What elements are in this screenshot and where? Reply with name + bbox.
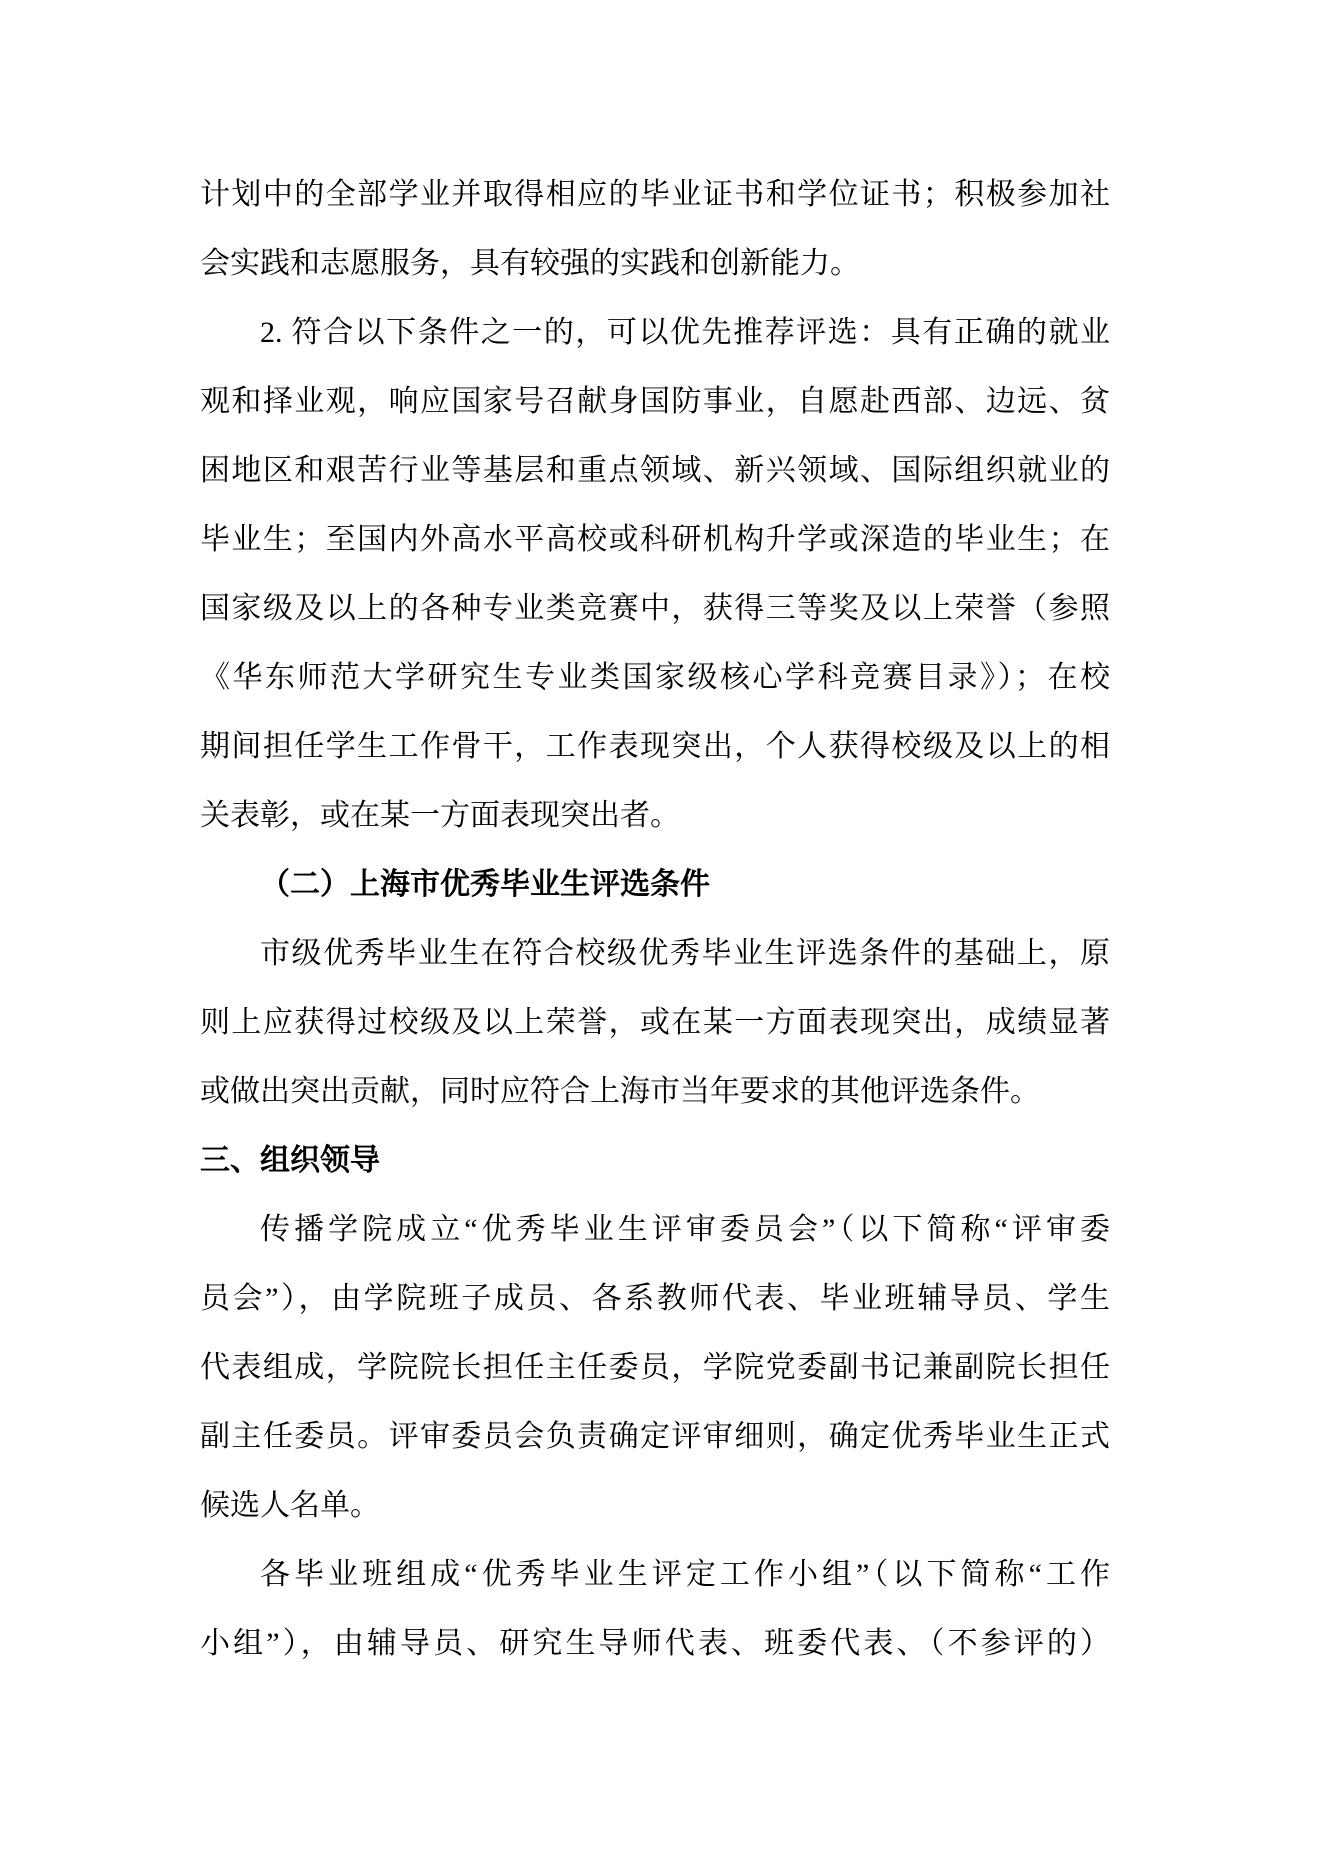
- text-line: 会实践和志愿服务，具有较强的实践和创新能力。: [200, 229, 1110, 298]
- section-heading: （二）上海市优秀毕业生评选条件: [200, 850, 1110, 919]
- text-line: 期间担任学生工作骨干，工作表现突出，个人获得校级及以上的相: [200, 712, 1110, 781]
- text-line: 困地区和艰苦行业等基层和重点领域、新兴领域、国际组织就业的: [200, 436, 1110, 505]
- text-line: 传播学院成立“优秀毕业生评审委员会”（以下简称“评审委: [200, 1195, 1110, 1264]
- text-line: 市级优秀毕业生在符合校级优秀毕业生评选条件的基础上，原: [200, 919, 1110, 988]
- text-line: 代表组成，学院院长担任主任委员，学院党委副书记兼副院长担任: [200, 1333, 1110, 1402]
- section-heading: 三、组织领导: [200, 1126, 1110, 1195]
- text-line: 副主任委员。评审委员会负责确定评审细则，确定优秀毕业生正式: [200, 1402, 1110, 1471]
- text-line: 候选人名单。: [200, 1471, 1110, 1540]
- text-line: 计划中的全部学业并取得相应的毕业证书和学位证书；积极参加社: [200, 160, 1110, 229]
- text-line: 或做出突出贡献，同时应符合上海市当年要求的其他评选条件。: [200, 1057, 1110, 1126]
- text-line: 关表彰，或在某一方面表现突出者。: [200, 781, 1110, 850]
- text-line: 毕业生；至国内外高水平高校或科研机构升学或深造的毕业生；在: [200, 505, 1110, 574]
- text-line: 小组”），由辅导员、研究生导师代表、班委代表、（不参评的）: [200, 1609, 1110, 1678]
- document-text-block: 计划中的全部学业并取得相应的毕业证书和学位证书；积极参加社会实践和志愿服务，具有…: [200, 160, 1110, 1678]
- text-line: 则上应获得过校级及以上荣誉，或在某一方面表现突出，成绩显著: [200, 988, 1110, 1057]
- document-page: 计划中的全部学业并取得相应的毕业证书和学位证书；积极参加社会实践和志愿服务，具有…: [0, 0, 1323, 1871]
- text-line: 《华东师范大学研究生专业类国家级核心学科竞赛目录》）；在校: [200, 643, 1110, 712]
- text-line: 各毕业班组成“优秀毕业生评定工作小组”（以下简称“工作: [200, 1540, 1110, 1609]
- text-line: 国家级及以上的各种专业类竞赛中，获得三等奖及以上荣誉（参照: [200, 574, 1110, 643]
- text-line: 观和择业观，响应国家号召献身国防事业，自愿赴西部、边远、贫: [200, 367, 1110, 436]
- text-line: 员会”），由学院班子成员、各系教师代表、毕业班辅导员、学生: [200, 1264, 1110, 1333]
- text-line: 2. 符合以下条件之一的，可以优先推荐评选：具有正确的就业: [200, 298, 1110, 367]
